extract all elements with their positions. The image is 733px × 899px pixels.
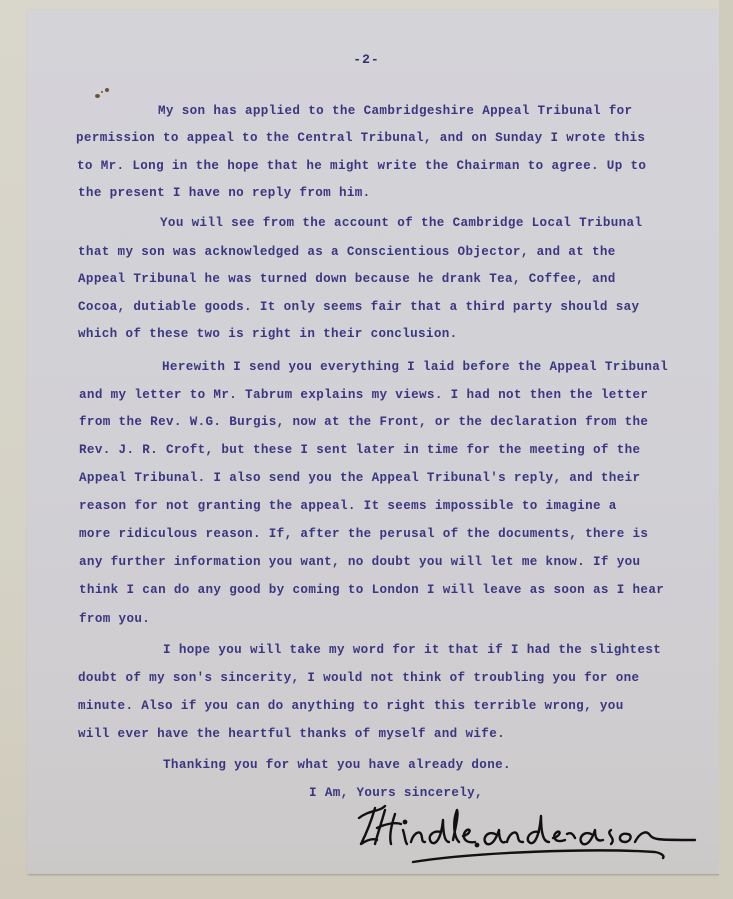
text-line: My son has applied to the Cambridgeshire… (158, 104, 632, 118)
text-line: Herewith I send you everything I laid be… (162, 360, 668, 374)
ink-stain (95, 88, 109, 98)
text-line: Rev. J. R. Croft, but these I sent later… (79, 443, 640, 457)
background-strip (719, 0, 733, 899)
signature (355, 800, 705, 870)
closing: I Am, Yours sincerely, (309, 786, 483, 800)
text-line: that my son was acknowledged as a Consci… (78, 245, 616, 259)
text-line: any further information you want, no dou… (79, 555, 640, 569)
text-line: which of these two is right in their con… (78, 327, 458, 341)
text-line: reason for not granting the appeal. It s… (79, 499, 617, 513)
text-line: and my letter to Mr. Tabrum explains my … (79, 388, 648, 402)
text-line: minute. Also if you can do anything to r… (78, 699, 624, 713)
text-line: I hope you will take my word for it that… (163, 643, 661, 657)
text-line: Thanking you for what you have already d… (163, 758, 511, 772)
text-line: Appeal Tribunal he was turned down becau… (78, 272, 616, 286)
text-line: permission to appeal to the Central Trib… (76, 131, 645, 145)
text-line: will ever have the heartful thanks of my… (78, 727, 505, 741)
text-line: doubt of my son's sincerity, I would not… (78, 671, 639, 685)
text-line: Appeal Tribunal. I also send you the App… (79, 471, 640, 485)
text-line: from you. (79, 612, 150, 626)
text-line: from the Rev. W.G. Burgis, now at the Fr… (79, 415, 648, 429)
text-line: the present I have no reply from him. (78, 186, 371, 200)
text-line: think I can do any good by coming to Lon… (79, 583, 664, 597)
text-line: more ridiculous reason. If, after the pe… (79, 527, 648, 541)
text-line: Cocoa, dutiable goods. It only seems fai… (78, 300, 639, 314)
page-number: -2- (0, 52, 733, 67)
text-line: You will see from the account of the Cam… (160, 216, 642, 230)
text-line: to Mr. Long in the hope that he might wr… (77, 159, 646, 173)
